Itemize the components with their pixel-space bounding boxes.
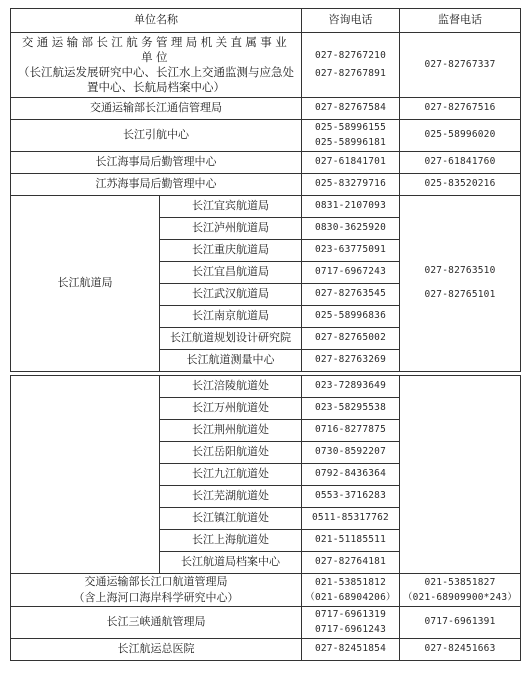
phone-number: 021-53851827 <box>400 575 520 590</box>
consult-phone: 027-82767210 027-82767891 <box>302 33 400 98</box>
sub-unit-name: 长江九江航道处 <box>160 464 302 486</box>
sub-unit-name: 长江航道规划设计研究院 <box>160 327 302 349</box>
supervise-phone: 027-82767337 <box>400 33 521 98</box>
table-row: 交通运输部长江航务管理局机关直属事业单位 （长江航运发展研究中心、长江水上交通监… <box>11 33 521 98</box>
sub-unit-name: 长江镇江航道处 <box>160 508 302 530</box>
consult-phone: 023-58295538 <box>302 398 400 420</box>
phone-number: 025-58996155 <box>302 120 399 135</box>
sub-unit-name: 长江宜宾航道局 <box>160 195 302 217</box>
consult-phone: 027-82451854 <box>302 638 400 660</box>
consult-phone: 025-83279716 <box>302 173 400 195</box>
table-row: 长江海事局后勤管理中心 027-61841701 027-61841760 <box>11 151 521 173</box>
consult-phone: 0792-8436364 <box>302 464 400 486</box>
unit-name: 长江引航中心 <box>11 119 302 151</box>
consult-phone: 027-82767584 <box>302 97 400 119</box>
unit-name-line1: 交通运输部长江航务管理局机关直属事业单位 <box>17 35 295 65</box>
supervise-phone: 025-58996020 <box>400 119 521 151</box>
table-row: 交通运输部长江通信管理局 027-82767584 027-82767516 <box>11 97 521 119</box>
header-consult-phone: 咨询电话 <box>302 9 400 33</box>
table-row: 江苏海事局后勤管理中心 025-83279716 025-83520216 <box>11 173 521 195</box>
phone-number: （021-68909900*243） <box>400 590 520 605</box>
phone-number: 027-82767210 <box>302 47 399 65</box>
consult-phone: 021-53851812 （021-68904206） <box>302 574 400 607</box>
unit-name: 长江海事局后勤管理中心 <box>11 151 302 173</box>
phone-number: （021-68904206） <box>302 590 399 605</box>
unit-name: 长江三峡通航管理局 <box>11 606 302 638</box>
phone-number: 0717-6961319 <box>302 607 399 622</box>
consult-phone: 027-82764181 <box>302 552 400 574</box>
contact-table-part-2: 长江涪陵航道处 023-72893649 长江万州航道处 023-5829553… <box>10 375 521 661</box>
consult-phone: 023-63775091 <box>302 239 400 261</box>
unit-name: 长江航运总医院 <box>11 638 302 660</box>
sub-unit-name: 长江万州航道处 <box>160 398 302 420</box>
consult-phone: 0730-8592207 <box>302 442 400 464</box>
parent-unit-name-continued <box>11 376 160 574</box>
supervise-phone: 027-82767516 <box>400 97 521 119</box>
unit-name: 江苏海事局后勤管理中心 <box>11 173 302 195</box>
supervise-phone: 027-82763510 027-82765101 <box>400 195 521 371</box>
table-row: 长江引航中心 025-58996155 025-58996181 025-589… <box>11 119 521 151</box>
unit-name: 交通运输部长江通信管理局 <box>11 97 302 119</box>
contact-table-part-1: 单位名称 咨询电话 监督电话 交通运输部长江航务管理局机关直属事业单位 （长江航… <box>10 8 521 372</box>
sub-unit-name: 长江武汉航道局 <box>160 283 302 305</box>
table-row: 交通运输部长江口航道管理局 （含上海河口海岸科学研究中心） 021-538518… <box>11 574 521 607</box>
sub-unit-name: 长江岳阳航道处 <box>160 442 302 464</box>
header-supervise-phone: 监督电话 <box>400 9 521 33</box>
sub-unit-name: 长江上海航道处 <box>160 530 302 552</box>
consult-phone: 027-61841701 <box>302 151 400 173</box>
unit-name: 交通运输部长江口航道管理局 （含上海河口海岸科学研究中心） <box>11 574 302 607</box>
phone-number: 025-58996181 <box>302 135 399 150</box>
unit-name-line2: （含上海河口海岸科学研究中心） <box>11 590 301 606</box>
phone-number: 021-53851812 <box>302 575 399 590</box>
phone-number: 0717-6961243 <box>302 622 399 637</box>
supervise-phone-continued <box>400 376 521 574</box>
supervise-phone: 021-53851827 （021-68909900*243） <box>400 574 521 607</box>
consult-phone: 0831-2107093 <box>302 195 400 217</box>
sub-unit-name: 长江芜湖航道处 <box>160 486 302 508</box>
consult-phone: 0717-6961319 0717-6961243 <box>302 606 400 638</box>
unit-name: 交通运输部长江航务管理局机关直属事业单位 （长江航运发展研究中心、长江水上交通监… <box>11 33 302 98</box>
sub-unit-name: 长江南京航道局 <box>160 305 302 327</box>
table-row: 长江航运总医院 027-82451854 027-82451663 <box>11 638 521 660</box>
consult-phone: 025-58996836 <box>302 305 400 327</box>
sub-unit-name: 长江荆州航道处 <box>160 420 302 442</box>
sub-unit-name: 长江涪陵航道处 <box>160 376 302 398</box>
header-unit-name: 单位名称 <box>11 9 302 33</box>
consult-phone: 023-72893649 <box>302 376 400 398</box>
consult-phone: 0553-3716283 <box>302 486 400 508</box>
table-row: 长江涪陵航道处 023-72893649 <box>11 376 521 398</box>
supervise-phone: 0717-6961391 <box>400 606 521 638</box>
sub-unit-name: 长江航道测量中心 <box>160 349 302 371</box>
unit-name-line2: （长江航运发展研究中心、长江水上交通监测与应急处置中心、长航局档案中心） <box>17 65 295 95</box>
consult-phone: 021-51185511 <box>302 530 400 552</box>
table-row: 长江航道局 长江宜宾航道局 0831-2107093 027-82763510 … <box>11 195 521 217</box>
phone-number: 027-82765101 <box>400 283 520 308</box>
phone-number: 027-82767891 <box>302 65 399 83</box>
consult-phone: 0717-6967243 <box>302 261 400 283</box>
sub-unit-name: 长江宜昌航道局 <box>160 261 302 283</box>
unit-name-line1: 交通运输部长江口航道管理局 <box>11 574 301 590</box>
table-row: 长江三峡通航管理局 0717-6961319 0717-6961243 0717… <box>11 606 521 638</box>
sub-unit-name: 长江泸州航道局 <box>160 217 302 239</box>
table-header-row: 单位名称 咨询电话 监督电话 <box>11 9 521 33</box>
consult-phone: 027-82765002 <box>302 327 400 349</box>
parent-unit-name: 长江航道局 <box>11 195 160 371</box>
sub-unit-name: 长江航道局档案中心 <box>160 552 302 574</box>
supervise-phone: 025-83520216 <box>400 173 521 195</box>
consult-phone: 027-82763269 <box>302 349 400 371</box>
consult-phone: 0830-3625920 <box>302 217 400 239</box>
supervise-phone: 027-61841760 <box>400 151 521 173</box>
consult-phone: 027-82763545 <box>302 283 400 305</box>
sub-unit-name: 长江重庆航道局 <box>160 239 302 261</box>
phone-number: 027-82763510 <box>400 259 520 284</box>
consult-phone: 025-58996155 025-58996181 <box>302 119 400 151</box>
supervise-phone: 027-82451663 <box>400 638 521 660</box>
consult-phone: 0511-85317762 <box>302 508 400 530</box>
consult-phone: 0716-8277875 <box>302 420 400 442</box>
